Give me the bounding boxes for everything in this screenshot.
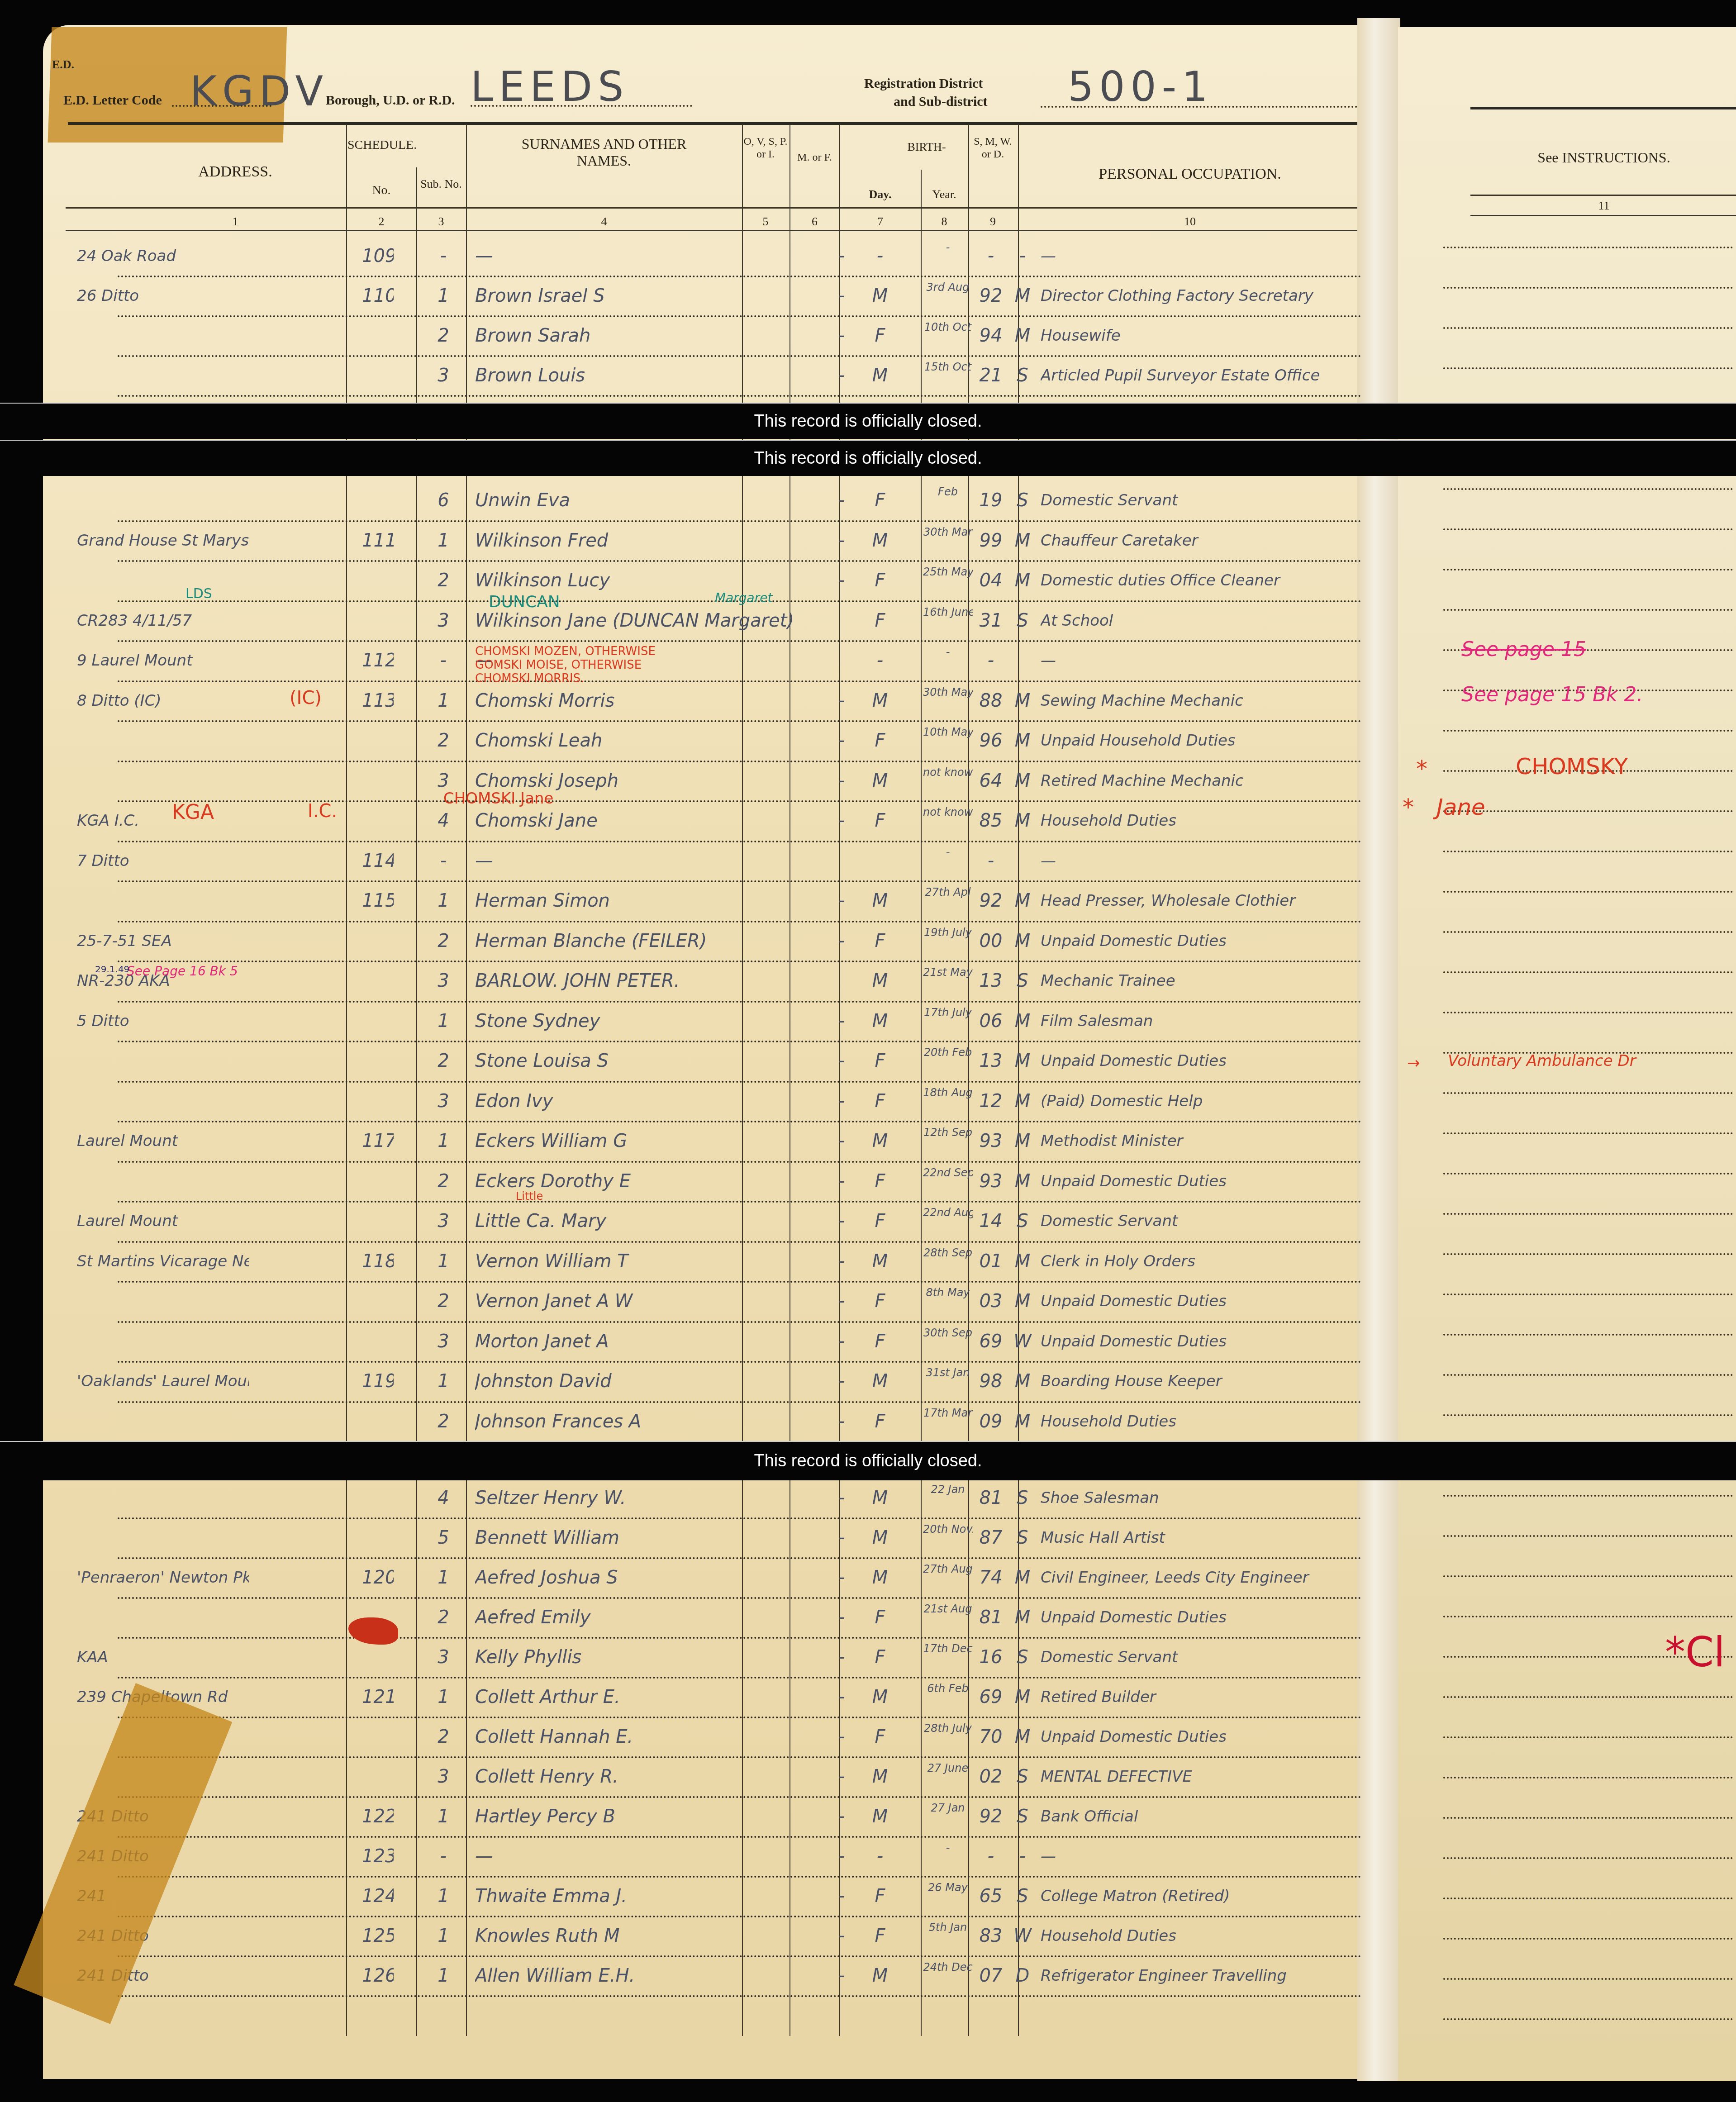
sex-cell: F (869, 322, 891, 350)
marital-cell: M (1009, 1683, 1036, 1711)
occupation-cell: Domestic Servant (1041, 1207, 1357, 1235)
address-cell: 5 Ditto (77, 1007, 249, 1035)
sex-cell: F (869, 727, 891, 755)
birth-year-cell: 12 (973, 1087, 1009, 1115)
birth-day-cell: - (923, 846, 973, 874)
instructions-dotline (1443, 1938, 1733, 1940)
name-cell: Herman Simon (475, 887, 819, 915)
margaret-annotation: Margaret (715, 590, 772, 605)
birth-year-cell: 31 (973, 607, 1009, 635)
instructions-dotline (1443, 730, 1733, 732)
table-row: 3Collett Henry R.-M27 June02SMENTAL DEFE… (122, 1758, 1362, 1798)
birth-day-cell: 17th July (923, 1006, 973, 1034)
ovspi-cell (832, 607, 851, 635)
address-cell (77, 1484, 249, 1512)
alias-annotation-3: CHOMSKI MORRIS. (475, 672, 585, 685)
sub-no-cell: 1 (434, 1683, 452, 1711)
address-cell: 25-7-51 SEA (77, 927, 249, 955)
birth-day-cell: Feb (923, 485, 973, 514)
birth-year-cell: 69 (973, 1683, 1009, 1711)
table-row: 'Oaklands' Laurel Mount1191Johnston Davi… (122, 1363, 1362, 1403)
schedule-no-cell (362, 1087, 394, 1115)
col-num-7: 7 (841, 215, 920, 228)
borough-label: Borough, U.D. or R.D. (326, 93, 455, 108)
sub-no-cell: - (434, 242, 452, 270)
voluntary-ambulance-annotation: Voluntary Ambulance Dr (1448, 1052, 1636, 1070)
birth-day-cell: 22nd Sept (923, 1166, 973, 1194)
name-cell: Bennett William (475, 1524, 819, 1552)
instructions-dotline (1443, 1495, 1733, 1497)
ovspi-cell (832, 847, 851, 875)
occupation-cell: Head Presser, Wholesale Clothier (1041, 887, 1357, 915)
name-cell: Vernon William T (475, 1247, 819, 1275)
ovspi-cell: - (832, 1524, 851, 1552)
sub-no-cell: 3 (434, 1643, 452, 1671)
occupation-cell: Civil Engineer, Leeds City Engineer (1041, 1564, 1357, 1592)
name-cell: Chomski Jane (475, 807, 819, 835)
see-page-struck-annotation: See page 15 (1461, 638, 1586, 661)
instructions-dotline (1443, 1535, 1733, 1537)
right-header-rule (1470, 107, 1736, 109)
sub-no-cell: 1 (434, 1802, 452, 1831)
instructions-dotline (1443, 810, 1733, 812)
instructions-dotline (1443, 1092, 1733, 1094)
col-head-schedule-no: No. (347, 183, 415, 198)
sex-cell: F (869, 1408, 891, 1436)
instructions-dotline (1443, 1334, 1733, 1336)
ovspi-cell: - (832, 1047, 851, 1075)
table-row: Laurel Mount3Little Ca. Mary-F22nd Aug14… (122, 1203, 1362, 1243)
registration-value: 500-1 (1068, 63, 1213, 111)
birth-year-cell: 87 (973, 1524, 1009, 1552)
birth-day-cell: 22 Jan (923, 1483, 973, 1511)
ovspi-cell: - (832, 1564, 851, 1592)
name-cell: Eckers William G (475, 1127, 819, 1155)
marital-cell: S (1009, 1207, 1036, 1235)
sex-cell: F (869, 927, 891, 955)
birth-day-cell: 18th Aug (923, 1086, 973, 1114)
instructions-dotline (1443, 1253, 1733, 1255)
birth-year-cell: 19 (973, 486, 1009, 514)
instructions-dotline (1443, 2018, 1733, 2020)
schedule-no-cell (362, 1484, 394, 1512)
birth-year-cell: 92 (973, 1802, 1009, 1831)
instructions-dotline (1443, 488, 1733, 490)
birth-year-cell: 64 (973, 767, 1009, 795)
instructions-dotline (1443, 247, 1733, 248)
name-cell: Wilkinson Fred (475, 527, 819, 555)
table-row: 7 Ditto114-—--— (122, 842, 1362, 883)
occupation-cell: — (1041, 1842, 1357, 1870)
sub-no-cell: 2 (434, 1287, 452, 1315)
table-row: 26 Ditto1101Brown Israel S-M3rd Aug92MDi… (122, 277, 1362, 317)
marital-cell: - (1009, 1842, 1036, 1870)
schedule-no-cell: 118 (362, 1247, 394, 1275)
occupation-cell: College Matron (Retired) (1041, 1882, 1357, 1910)
table-row: 2Aefred Emily-F21st Aug81MUnpaid Domesti… (122, 1599, 1362, 1639)
ovspi-cell: - (832, 727, 851, 755)
marital-cell: S (1009, 1524, 1036, 1552)
col-head-schedule: SCHEDULE. (347, 138, 415, 152)
table-row: 239 Chapeltown Rd1211Collett Arthur E.-M… (122, 1679, 1362, 1718)
birth-day-cell: 17th Mar (923, 1407, 973, 1435)
birth-year-cell: 92 (973, 887, 1009, 915)
name-cell: — (475, 1842, 819, 1870)
name-cell: Chomski Leah (475, 727, 819, 755)
table-row: 241 Ditto123-—-----— (122, 1838, 1362, 1878)
occupation-cell: Unpaid Domestic Duties (1041, 1167, 1357, 1195)
sex-cell: F (869, 1047, 891, 1075)
sub-no-cell: 3 (434, 361, 452, 390)
col-num-6: 6 (791, 215, 838, 228)
sex-cell: M (869, 1683, 891, 1711)
birth-day-cell: 20th Feb (923, 1046, 973, 1074)
ovspi-cell: - (832, 1603, 851, 1631)
col-num-5: 5 (743, 215, 788, 228)
instructions-dotline (1443, 1575, 1733, 1577)
col-head-day: Day. (841, 188, 920, 201)
marital-cell: - (1009, 242, 1036, 270)
sub-no-cell: 1 (434, 1007, 452, 1035)
table-row: 2Vernon Janet A W-F8th May03MUnpaid Dome… (122, 1283, 1362, 1323)
occupation-cell: Bank Official (1041, 1802, 1357, 1831)
sub-no-cell: 1 (434, 1564, 452, 1592)
occupation-cell: Shoe Salesman (1041, 1484, 1357, 1512)
alias-annotation-2: GOMSKI MOISE, OTHERWISE (475, 658, 642, 672)
table-row: 6Unwin Eva-FFeb19SDomestic Servant (122, 482, 1362, 522)
birth-day-cell: 24th Dec (923, 1961, 973, 1989)
birth-year-cell: 93 (973, 1167, 1009, 1195)
schedule-no-cell (362, 566, 394, 594)
schedule-no-cell (362, 1287, 394, 1315)
sex-cell: - (869, 242, 891, 270)
address-cell: 'Penraeron' Newton Pk. (77, 1564, 249, 1592)
birth-year-cell: 88 (973, 687, 1009, 715)
sub-no-cell: 1 (434, 1882, 452, 1910)
occupation-cell: Refrigerator Engineer Travelling (1041, 1962, 1357, 1990)
birth-year-cell: 92 (973, 282, 1009, 310)
address-cell: 9 Laurel Mount (77, 647, 249, 675)
table-row: 24 Oak Road109-—-----— (122, 238, 1362, 277)
schedule-no-cell (362, 486, 394, 514)
occupation-cell: Unpaid Domestic Duties (1041, 1723, 1357, 1751)
name-cell: Collett Arthur E. (475, 1683, 819, 1711)
name-cell: Morton Janet A (475, 1327, 819, 1355)
occupation-cell: Director Clothing Factory Secretary (1041, 282, 1357, 310)
sex-cell: M (869, 1962, 891, 1990)
ovspi-cell: - (832, 1167, 851, 1195)
sex-cell: F (869, 1723, 891, 1751)
header-top-rule (68, 122, 1357, 125)
sex-cell: M (869, 1247, 891, 1275)
birth-year-cell: 00 (973, 927, 1009, 955)
sub-no-cell: 3 (434, 1763, 452, 1791)
table-row: 241 Ditto1261Allen William E.H.-M24th De… (122, 1957, 1362, 1997)
instructions-dotline (1443, 1294, 1733, 1295)
instructions-dotline (1443, 1777, 1733, 1779)
schedule-no-cell: 115 (362, 887, 394, 915)
ovspi-cell: - (832, 1723, 851, 1751)
chomsky-annotation: CHOMSKY (1516, 753, 1628, 780)
address-cell (77, 1167, 249, 1195)
birth-year-cell: - (973, 647, 1009, 675)
birth-year-cell: 81 (973, 1603, 1009, 1631)
sex-cell: M (869, 887, 891, 915)
ed-code-dotline (172, 105, 271, 107)
birth-day-cell: 27 Jan (923, 1802, 973, 1830)
ovspi-cell (832, 967, 851, 995)
birth-year-cell: 04 (973, 566, 1009, 594)
name-cell: Knowles Ruth M (475, 1922, 819, 1950)
schedule-no-cell: 117 (362, 1127, 394, 1155)
col-num-2: 2 (347, 215, 415, 228)
marital-cell: M (1009, 727, 1036, 755)
schedule-no-cell (362, 1167, 394, 1195)
sex-cell: F (869, 607, 891, 635)
sex-cell: M (869, 527, 891, 555)
sex-cell: M (869, 1524, 891, 1552)
instructions-dotline (1443, 1012, 1733, 1013)
name-cell: Vernon Janet A W (475, 1287, 819, 1315)
birth-year-cell: 13 (973, 1047, 1009, 1075)
name-cell: Kelly Phyllis (475, 1643, 819, 1671)
name-cell: Brown Sarah (475, 322, 819, 350)
address-cell: CR283 4/11/57 (77, 607, 249, 635)
birth-day-cell: 31st Jan (923, 1366, 973, 1394)
table-row: 5 Ditto1Stone Sydney-M17th July06MFilm S… (122, 1003, 1362, 1043)
sex-cell (869, 847, 891, 875)
ed-letter-code-label: E.D. Letter Code (63, 93, 162, 108)
ovspi-cell: - (832, 1367, 851, 1395)
occupation-cell: Unpaid Household Duties (1041, 727, 1357, 755)
sex-cell: M (869, 361, 891, 390)
sex-cell: M (869, 1763, 891, 1791)
table-row: 5Bennett William-M20th Nov.87SMusic Hall… (122, 1519, 1362, 1559)
ovspi-cell: - (832, 807, 851, 835)
address-cell (77, 1327, 249, 1355)
address-cell (77, 1524, 249, 1552)
sex-cell: M (869, 1367, 891, 1395)
ovspi-cell: - (832, 687, 851, 715)
col-head-sex: M. or F. (791, 152, 838, 164)
sub-no-cell: 1 (434, 1127, 452, 1155)
sub-no-cell: 2 (434, 1603, 452, 1631)
sub-no-cell: 1 (434, 1247, 452, 1275)
table-row: 25-7-51 SEA2Herman Blanche (FEILER)-F19t… (122, 923, 1362, 963)
occupation-cell: Household Duties (1041, 1922, 1357, 1950)
sex-cell: M (869, 687, 891, 715)
birth-day-cell: 25th May (923, 566, 973, 594)
birth-year-cell: 02 (973, 1763, 1009, 1791)
col-num-3: 3 (417, 215, 465, 228)
row-rule (118, 1995, 1362, 1997)
occupation-cell: — (1041, 647, 1357, 675)
birth-year-cell: - (973, 1842, 1009, 1870)
marital-cell: M (1009, 807, 1036, 835)
table-row: Grand House St Marys Rd1111Wilkinson Fre… (122, 522, 1362, 562)
birth-year-cell: 07 (973, 1962, 1009, 1990)
marital-cell: M (1009, 527, 1036, 555)
sub-no-cell: 1 (434, 687, 452, 715)
instructions-dotline (1443, 1173, 1733, 1175)
marital-cell: M (1009, 767, 1036, 795)
sex-cell: F (869, 1087, 891, 1115)
instructions-dotline (1443, 569, 1733, 571)
sub-no-cell: 6 (434, 486, 452, 514)
sub-no-cell: 4 (434, 807, 452, 835)
occupation-cell: At School (1041, 607, 1357, 635)
sub-no-cell: 1 (434, 1922, 452, 1950)
sub-no-cell: 2 (434, 566, 452, 594)
col-head-occupation: PERSONAL OCCUPATION. (1023, 165, 1357, 183)
right-colnum-rule (1470, 215, 1736, 216)
birth-year-cell: 96 (973, 727, 1009, 755)
address-cell: Grand House St Marys Rd (77, 527, 249, 555)
marital-cell: M (1009, 1603, 1036, 1631)
sex-cell: - (869, 1842, 891, 1870)
birth-day-cell: 30th May (923, 686, 973, 714)
address-cell: KGA I.C. (77, 807, 249, 835)
marital-cell: S (1009, 1484, 1036, 1512)
schedule-no-cell: 114 (362, 847, 394, 875)
sex-cell: M (869, 282, 891, 310)
col-head-year: Year. (922, 188, 967, 201)
birth-day-cell: - (923, 1841, 973, 1869)
schedule-no-cell (362, 1723, 394, 1751)
sub-no-cell: 3 (434, 1087, 452, 1115)
marital-cell: S (1009, 1643, 1036, 1671)
address-cell (77, 1408, 249, 1436)
table-row: 3Edon Ivy-F18th Aug12M(Paid) Domestic He… (122, 1083, 1362, 1123)
chomski-jane-annotation: CHOMSKI Jane (443, 789, 553, 808)
schedule-no-cell: 119 (362, 1367, 394, 1395)
schedule-no-cell: 109 (362, 242, 394, 270)
instructions-dotline (1443, 1817, 1733, 1819)
sex-cell: F (869, 1287, 891, 1315)
address-cell (77, 727, 249, 755)
page-gutter (1357, 18, 1400, 2081)
registration-label-2: and Sub-district (894, 94, 988, 109)
ovspi-cell: - (832, 1802, 851, 1831)
schedule-no-cell (362, 1524, 394, 1552)
col-head-address: ADDRESS. (127, 163, 344, 181)
sex-cell: M (869, 1127, 891, 1155)
birth-year-cell: 06 (973, 1007, 1009, 1035)
closed-record-banner: This record is officially closed. (0, 403, 1736, 439)
schedule-no-cell: 121 (362, 1683, 394, 1711)
closed-mark-annotation: *Cl (1665, 1629, 1725, 1676)
see-page-annotation: See page 15 Bk 2. (1461, 683, 1643, 706)
name-cell: Brown Louis (475, 361, 819, 390)
name-cell: Thwaite Emma J. (475, 1882, 819, 1910)
birth-year-cell: 98 (973, 1367, 1009, 1395)
sub-no-cell: 2 (434, 1167, 452, 1195)
birth-day-cell: 27th Apl (923, 886, 973, 914)
birth-year-cell: 70 (973, 1723, 1009, 1751)
birth-year-cell: 16 (973, 1643, 1009, 1671)
address-cell: Laurel Mount (77, 1127, 249, 1155)
name-cell: Stone Sydney (475, 1007, 819, 1035)
sub-no-cell: 2 (434, 1047, 452, 1075)
sub-no-cell: - (434, 647, 452, 675)
name-cell: — (475, 242, 819, 270)
marital-cell: M (1009, 1007, 1036, 1035)
ovspi-cell: - (832, 527, 851, 555)
occupation-cell: Domestic Servant (1041, 486, 1357, 514)
sex-cell: F (869, 807, 891, 835)
address-cell (77, 887, 249, 915)
name-cell: Little Ca. Mary (475, 1207, 819, 1235)
birth-year-cell: 81 (973, 1484, 1009, 1512)
address-cell: 26 Ditto (77, 282, 249, 310)
col-num-8: 8 (922, 215, 967, 228)
sub-no-cell: 3 (434, 607, 452, 635)
birth-day-cell: 12th Sep (923, 1126, 973, 1154)
birth-year-cell: 83 (973, 1922, 1009, 1950)
birth-year-cell: 69 (973, 1327, 1009, 1355)
birth-year-cell: - (973, 847, 1009, 875)
sex-cell: F (869, 1207, 891, 1235)
address-cell: 'Oaklands' Laurel Mount (77, 1367, 249, 1395)
marital-cell: M (1009, 282, 1036, 310)
ovspi-cell: - (832, 1643, 851, 1671)
name-cell: Edon Ivy (475, 1087, 819, 1115)
occupation-cell: Unpaid Domestic Duties (1041, 1047, 1357, 1075)
col-num-11: 11 (1470, 199, 1736, 213)
occupation-cell: Mechanic Trainee (1041, 967, 1357, 995)
sub-no-cell: 1 (434, 1367, 452, 1395)
table-row: 2Stone Louisa S-F20th Feb13MUnpaid Domes… (122, 1042, 1362, 1083)
address-cell (77, 1287, 249, 1315)
marital-cell: M (1009, 1564, 1036, 1592)
sub-no-cell: 4 (434, 1484, 452, 1512)
schedule-no-cell: 125 (362, 1922, 394, 1950)
occupation-cell: Housewife (1041, 322, 1357, 350)
header-bottom-rule (66, 207, 1357, 209)
jane-annotation: Jane (1436, 794, 1485, 820)
marital-cell: S (1009, 1882, 1036, 1910)
schedule-no-cell: 111 (362, 527, 394, 555)
ovspi-cell: - (832, 361, 851, 390)
col-head-sub-no: Sub. No. (417, 177, 465, 191)
ovspi-cell: - (832, 1484, 851, 1512)
sex-cell: F (869, 566, 891, 594)
instructions-dotline (1443, 287, 1733, 289)
instructions-dotline (1443, 971, 1733, 973)
address-cell (77, 1603, 249, 1631)
sex-cell: M (869, 1802, 891, 1831)
schedule-no-cell: 126 (362, 1962, 394, 1990)
marital-cell: M (1009, 1723, 1036, 1751)
name-cell: Collett Hannah E. (475, 1723, 819, 1751)
table-row: 2Brown Sarah-F10th Oct94MHousewife (122, 317, 1362, 357)
birth-day-cell: 5th Jan (923, 1921, 973, 1949)
address-cell (77, 566, 249, 594)
closed-record-banner: This record is officially closed. (0, 1441, 1736, 1480)
birth-year-cell: 03 (973, 1287, 1009, 1315)
schedule-no-cell (362, 1207, 394, 1235)
birth-year-cell: 01 (973, 1247, 1009, 1275)
table-row: 241 Ditto1221Hartley Percy B-M27 Jan92SB… (122, 1798, 1362, 1838)
sub-no-cell: 5 (434, 1524, 452, 1552)
occupation-cell: Sewing Machine Mechanic (1041, 687, 1357, 715)
marital-cell: M (1009, 927, 1036, 955)
col-num-10: 10 (1023, 215, 1357, 228)
marital-cell: M (1009, 1127, 1036, 1155)
schedule-no-cell (362, 727, 394, 755)
schedule-no-cell (362, 1047, 394, 1075)
schedule-no-cell: 113 (362, 687, 394, 715)
